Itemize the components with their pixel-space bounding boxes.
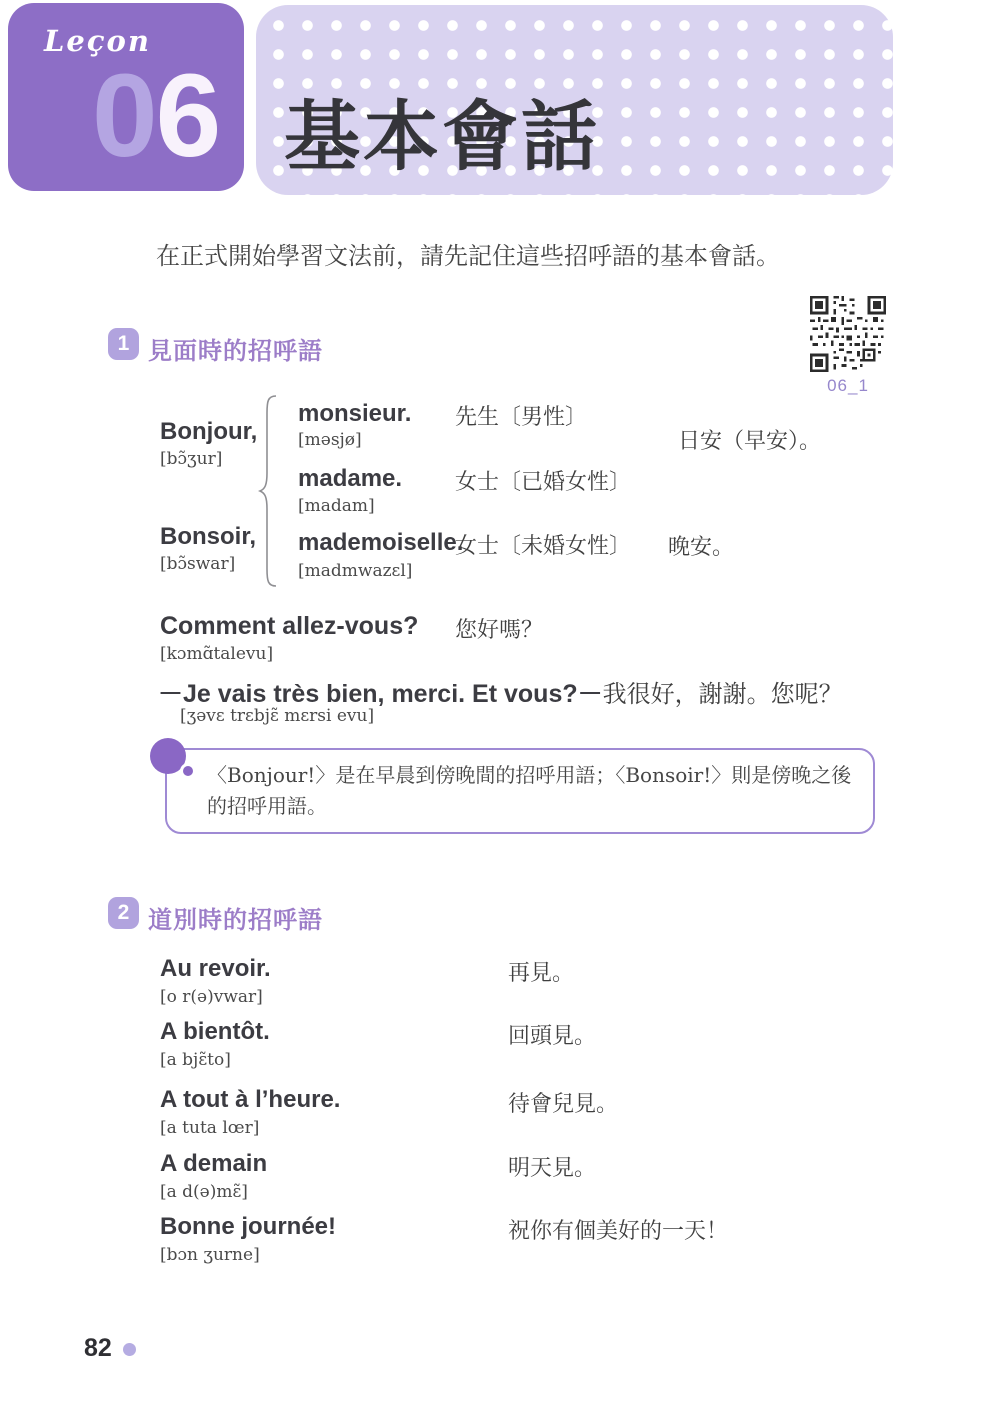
title-mademoiselle-fr: mademoiselle. [298,529,463,557]
page-title: 基本會話 [284,76,600,185]
farewell-fr: Au revoir. [160,955,271,983]
qr-code-image [810,296,886,372]
question-zh: 您好嗎？ [455,613,543,644]
farewell-zh: 回頭見。 [508,1019,596,1050]
title-mademoiselle-zh: 女士〔未婚女性〕 [455,529,631,560]
title-mademoiselle-ipa: [madmwazɛl] [298,561,412,581]
question-fr: Comment allez-vous? [160,612,418,641]
translation-bonjour-zh: 日安（早安）。 [678,424,821,455]
farewell-zh: 待會兒見。 [508,1087,618,1118]
title-monsieur-zh: 先生〔男性〕 [455,400,587,431]
title-monsieur-ipa: [məsjø] [298,430,362,450]
greeting-bonjour-ipa: [bɔ̃ʒur] [160,449,222,469]
title-madame-fr: madame. [298,465,402,493]
note-text: 〈Bonjour!〉是在早晨到傍晚間的招呼用語；〈Bonsoir!〉則是傍晚之後… [207,760,855,822]
question-ipa: [kɔmɑ̃talevu] [160,644,273,664]
greeting-bonsoir-ipa: [bɔ̃swar] [160,554,235,574]
farewell-zh: 明天見。 [508,1151,596,1182]
section2-title: 道別時的招呼語 [148,900,323,935]
farewell-fr: A bientôt. [160,1018,270,1046]
brace-decoration [258,394,280,593]
farewell-ipa: [bɔn ʒurne] [160,1245,260,1265]
farewell-ipa: [o r(ə)vwar] [160,987,263,1007]
farewell-ipa: [a tuta lœr] [160,1118,259,1138]
note-bullet-small-icon [183,766,193,776]
translation-bonsoir-zh: 晚安。 [668,530,734,561]
farewell-zh: 祝你有個美好的一天！ [508,1214,728,1245]
title-madame-zh: 女士〔已婚女性〕 [455,465,631,496]
title-monsieur-fr: monsieur. [298,400,411,428]
greeting-bonsoir-fr: Bonsoir, [160,523,256,551]
farewell-ipa: [a d(ə)mɛ̃] [160,1182,248,1202]
answer-zh: 我很好，謝謝。您呢？ [603,680,843,708]
lesson-digit-six: 6 [156,50,220,182]
lesson-number: 06 [92,52,219,180]
intro-text: 在正式開始學習文法前，請先記住這些招呼語的基本會話。 [156,236,780,271]
farewell-fr: Bonne journée! [160,1213,336,1241]
farewell-ipa: [a bjɛ̃to] [160,1050,231,1070]
qr-track-label: 06_1 [804,376,892,396]
section1-title: 見面時的招呼語 [148,331,323,366]
section2-number-badge: 2 [108,897,139,929]
farewell-fr: A tout à l’heure. [160,1086,340,1114]
answer-ipa: [ʒəvɛ trɛbjɛ̃ mɛrsi evu] [180,706,374,726]
answer-line: －Je vais très bien, merci. Et vous?－我很好，… [158,674,843,710]
farewell-zh: 再見。 [508,956,574,987]
farewell-fr: A demain [160,1150,267,1178]
section1-number-badge: 1 [108,328,139,360]
note-bullet-icon [150,738,186,774]
page-number-dot-icon [123,1343,136,1356]
page-number: 82 [84,1334,112,1363]
title-madame-ipa: [madam] [298,496,375,516]
textbook-page: Leçon 06 基本會話 在正式開始學習文法前，請先記住這些招呼語的基本會話。… [0,0,1000,1418]
lesson-digit-zero: 0 [92,50,156,182]
answer-fr: －Je vais très bien, merci. Et vous?－ [158,680,603,708]
greeting-bonjour-fr: Bonjour, [160,418,257,446]
